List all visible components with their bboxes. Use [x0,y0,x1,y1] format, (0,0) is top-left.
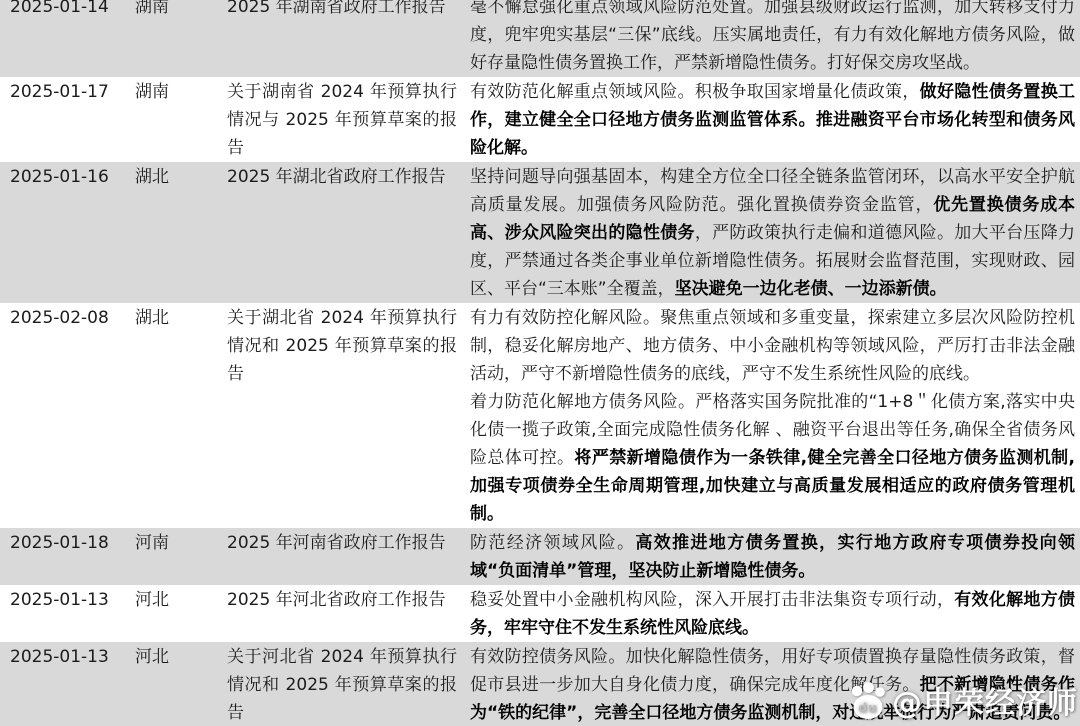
content-cell: 坚持问题导向强基固本，构建全方位全口径全链条监管闭环，以高水平安全护航高质量发展… [470,162,1080,303]
content-paragraph: 毫不懈怠强化重点领域风险防范处置。加强县级财政运行监测，加大转移支付力度，兜牢兜… [470,0,1075,77]
report-title-cell: 2025 年湖北省政府工作报告 [227,162,470,303]
report-title-cell: 关于湖南省 2024 年预算执行情况与 2025 年预算草案的报告 [227,77,470,162]
date-cell: 2025-01-18 [0,528,135,585]
content-cell: 有效防控债务风险。加快化解隐性债务，用好专项债置换存量隐性债务政策，督促市县进一… [470,642,1080,726]
table-row: 2025-01-14湖南2025 年湖南省政府工作报告毫不懈怠强化重点领域风险防… [0,0,1080,77]
report-title-cell: 关于河北省 2024 年预算执行情况和 2025 年预算草案的报告 [227,642,470,726]
content-cell: 有力有效防控化解风险。聚焦重点领域和多重变量，探索建立多层次风险防控机制，稳妥化… [470,303,1080,528]
table-row: 2025-01-13河北2025 年河北省政府工作报告稳妥处置中小金融机构风险，… [0,585,1080,642]
table-row: 2025-01-17湖南关于湖南省 2024 年预算执行情况与 2025 年预算… [0,77,1080,162]
report-title-cell: 2025 年河南省政府工作报告 [227,528,470,585]
date-cell: 2025-01-14 [0,0,135,77]
province-cell: 河北 [135,585,227,642]
content-paragraph: 稳妥处置中小金融机构风险，深入开展打击非法集资专项行动，有效化解地方债务，牢牢守… [470,586,1075,642]
table-row: 2025-02-08湖北关于湖北省 2024 年预算执行情况和 2025 年预算… [0,303,1080,528]
date-cell: 2025-02-08 [0,303,135,528]
report-title-cell: 关于湖北省 2024 年预算执行情况和 2025 年预算草案的报告 [227,303,470,528]
province-cell: 湖南 [135,77,227,162]
content-segment: 防范经济领域风险。 [470,533,635,553]
content-segment: 稳妥处置中小金融机构风险，深入开展打击非法集资专项行动， [470,590,954,610]
content-cell: 稳妥处置中小金融机构风险，深入开展打击非法集资专项行动，有效化解地方债务，牢牢守… [470,585,1080,642]
content-paragraph: 有力有效防控化解风险。聚焦重点领域和多重变量，探索建立多层次风险防控机制，稳妥化… [470,304,1075,388]
content-paragraph: 着力防范化解地方债务风险。严格落实国务院批准的“1+8＂化债方案,落实中央化债一… [470,388,1075,528]
province-cell: 河北 [135,642,227,726]
date-cell: 2025-01-13 [0,585,135,642]
date-cell: 2025-01-13 [0,642,135,726]
date-cell: 2025-01-16 [0,162,135,303]
report-table: 2025-01-14湖南2025 年湖南省政府工作报告毫不懈怠强化重点领域风险防… [0,0,1080,726]
content-paragraph: 有效防控债务风险。加快化解隐性债务，用好专项债置换存量隐性债务政策，督促市县进一… [470,643,1075,726]
content-cell: 毫不懈怠强化重点领域风险防范处置。加强县级财政运行监测，加大转移支付力度，兜牢兜… [470,0,1080,77]
report-title-cell: 2025 年河北省政府工作报告 [227,585,470,642]
province-cell: 河南 [135,528,227,585]
province-cell: 湖南 [135,0,227,77]
table-row: 2025-01-18河南2025 年河南省政府工作报告防范经济领域风险。高效推进… [0,528,1080,585]
content-segment: 有效防范化解重点领域风险。积极争取国家增量化债政策， [470,82,920,102]
content-cell: 有效防范化解重点领域风险。积极争取国家增量化债政策，做好隐性债务置换工作，建立健… [470,77,1080,162]
content-paragraph: 有效防范化解重点领域风险。积极争取国家增量化债政策，做好隐性债务置换工作，建立健… [470,78,1075,162]
report-title-cell: 2025 年湖南省政府工作报告 [227,0,470,77]
content-cell: 防范经济领域风险。高效推进地方债务置换，实行地方政府专项债券投向领域“负面清单”… [470,528,1080,585]
content-paragraph: 坚持问题导向强基固本，构建全方位全口径全链条监管闭环，以高水平安全护航高质量发展… [470,163,1075,303]
province-cell: 湖北 [135,162,227,303]
province-cell: 湖北 [135,303,227,528]
content-paragraph: 防范经济领域风险。高效推进地方债务置换，实行地方政府专项债券投向领域“负面清单”… [470,529,1075,585]
content-segment: 有力有效防控化解风险。聚焦重点领域和多重变量，探索建立多层次风险防控机制，稳妥化… [470,308,1075,384]
date-cell: 2025-01-17 [0,77,135,162]
table-row: 2025-01-13河北关于河北省 2024 年预算执行情况和 2025 年预算… [0,642,1080,726]
report-table-page: 2025-01-14湖南2025 年湖南省政府工作报告毫不懈怠强化重点领域风险防… [0,0,1080,726]
content-bold-segment: 坚决避免一边化老债、一边添新债。 [675,279,947,299]
content-segment: 毫不懈怠强化重点领域风险防范处置。加强县级财政运行监测，加大转移支付力度，兜牢兜… [470,0,1075,73]
table-row: 2025-01-16湖北2025 年湖北省政府工作报告坚持问题导向强基固本，构建… [0,162,1080,303]
